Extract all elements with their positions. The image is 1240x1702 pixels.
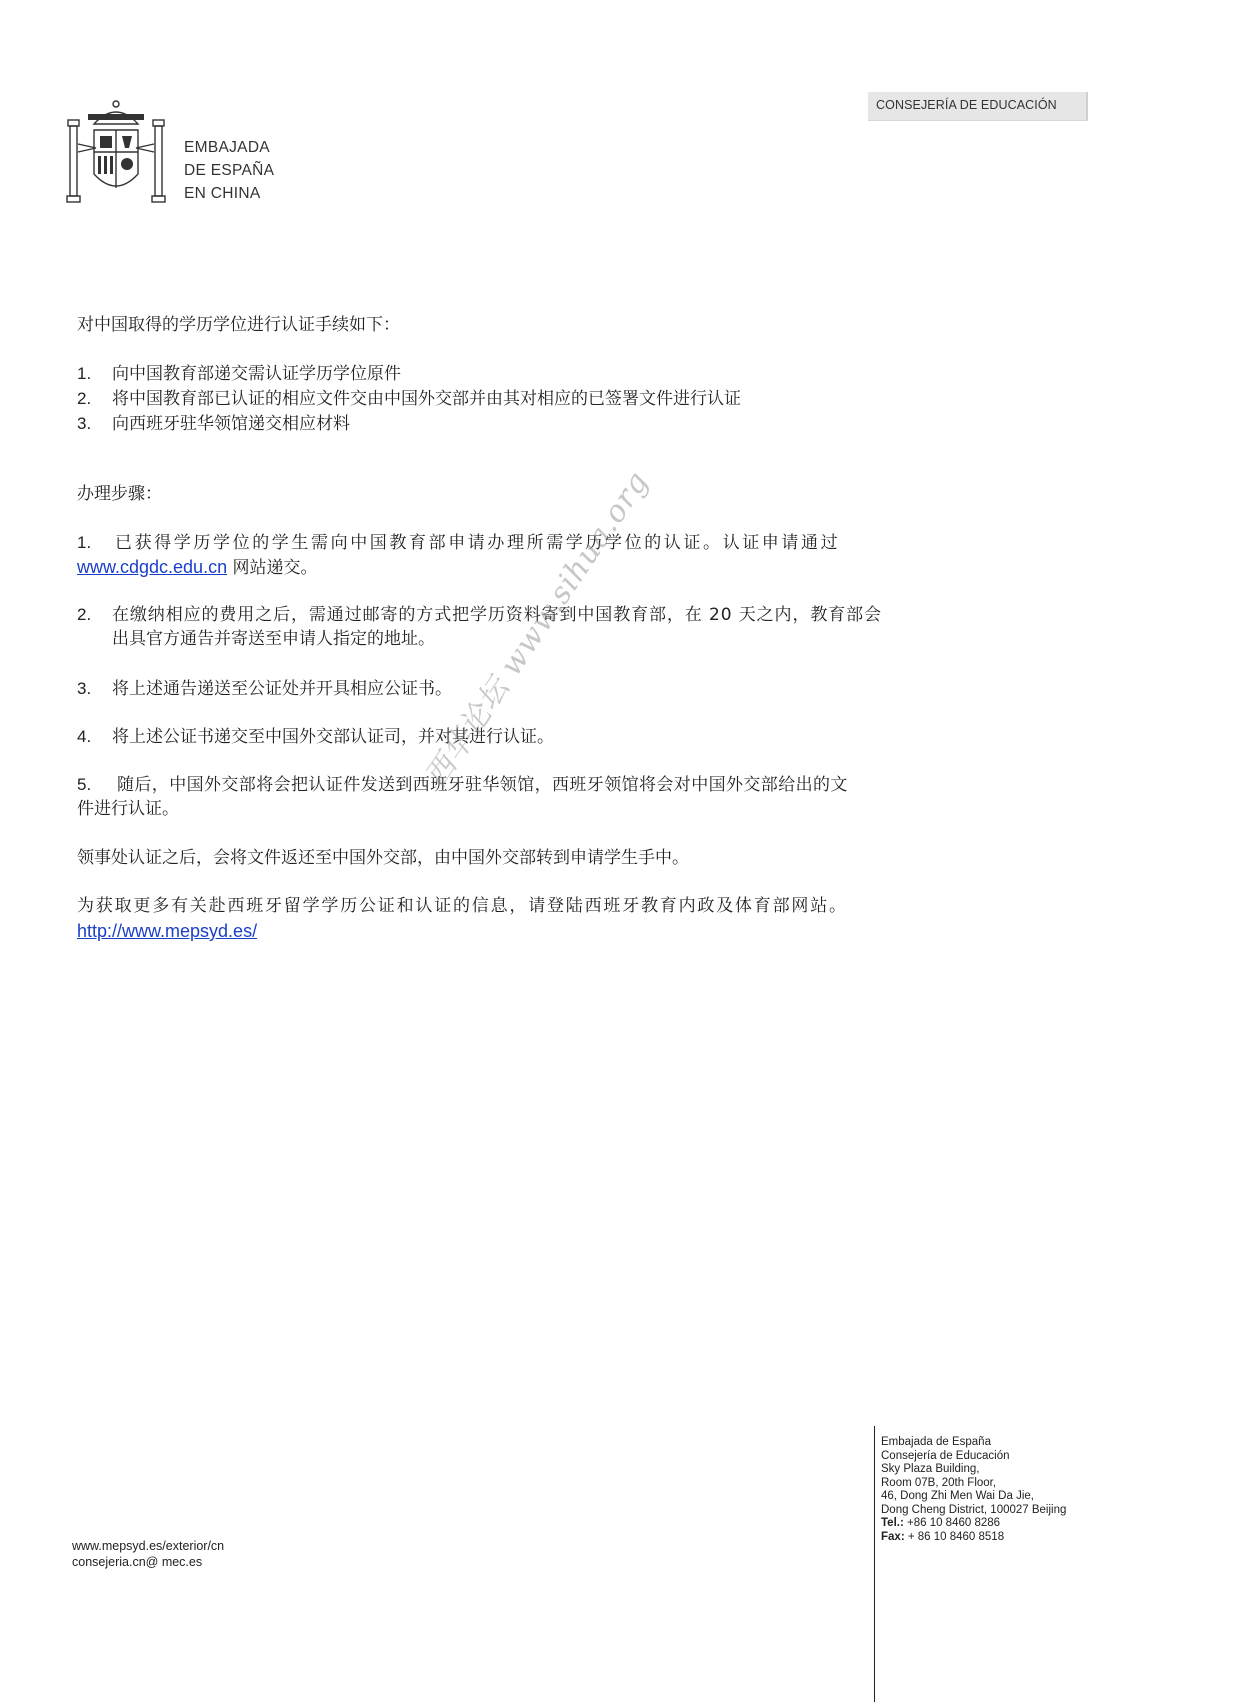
intro-title: 对中国取得的学历学位进行认证手续如下： [77, 313, 400, 338]
closing-paragraph-2: 为获取更多有关赴西班牙留学学历公证和认证的信息，请登陆西班牙教育内政及体育部网站… [77, 894, 848, 919]
cdgdc-link[interactable]: www.cdgdc.edu.cn [77, 557, 227, 577]
department-label: CONSEJERÍA DE EDUCACIÓN [876, 98, 1057, 112]
intro-item-3: 3.向西班牙驻华领馆递交相应材料 [77, 411, 350, 437]
closing-link-line: http://www.mepsyd.es/ [77, 919, 257, 945]
address-line-1: Embajada de España [881, 1436, 1066, 1450]
intro-item-text: 向中国教育部递交需认证学历学位原件 [112, 364, 401, 384]
intro-item-number: 3. [77, 411, 112, 436]
step-2-line-1: 2.在缴纳相应的费用之后，需通过邮寄的方式把学历资料寄到中国教育部，在 20 天… [77, 602, 882, 628]
step-text: 已获得学历学位的学生需向中国教育部申请办理所需学历学位的认证。认证申请通过 [115, 533, 840, 553]
intro-item-text: 向西班牙驻华领馆递交相应材料 [112, 414, 350, 434]
address-line-4: Room 07B, 20th Floor, [881, 1477, 1066, 1491]
closing-paragraph-1: 领事处认证之后，会将文件返还至中国外交部，由中国外交部转到申请学生手中。 [77, 846, 689, 871]
address-line-3: Sky Plaza Building, [881, 1463, 1066, 1477]
intro-item-1: 1.向中国教育部递交需认证学历学位原件 [77, 361, 401, 387]
footer-website[interactable]: www.mepsyd.es/exterior/cn [72, 1538, 224, 1554]
footer-address: Embajada de España Consejería de Educaci… [881, 1436, 1066, 1544]
fax-number: + 86 10 8460 8518 [905, 1531, 1004, 1543]
step-number: 2. [77, 602, 112, 627]
mepsyd-link[interactable]: http://www.mepsyd.es/ [77, 921, 257, 941]
step-text: 将上述通告递送至公证处并开具相应公证书。 [112, 679, 452, 699]
embassy-line-1: EMBAJADA [184, 136, 274, 159]
step-number: 4. [77, 724, 112, 749]
phone-number: +86 10 8460 8286 [904, 1517, 1000, 1529]
fax-line: Fax: + 86 10 8460 8518 [881, 1531, 1066, 1545]
address-line-5: 46, Dong Zhi Men Wai Da Jie, [881, 1490, 1066, 1504]
fax-label: Fax: [881, 1531, 905, 1543]
intro-item-number: 2. [77, 386, 112, 411]
step-text: 随后，中国外交部将会把认证件发送到西班牙驻华领馆，西班牙领馆将会对中国外交部给出… [117, 775, 848, 795]
step-2-line-2: 出具官方通告并寄送至申请人指定的地址。 [112, 627, 435, 652]
embassy-line-3: EN CHINA [184, 182, 274, 205]
department-tab: CONSEJERÍA DE EDUCACIÓN [868, 92, 1088, 121]
address-line-2: Consejería de Educación [881, 1450, 1066, 1464]
footer-email[interactable]: consejeria.cn@ mec.es [72, 1554, 224, 1570]
step-3: 3.将上述通告递送至公证处并开具相应公证书。 [77, 676, 452, 702]
footer-divider [874, 1426, 875, 1702]
embassy-name: EMBAJADA DE ESPAÑA EN CHINA [184, 136, 274, 205]
steps-title: 办理步骤： [77, 482, 162, 507]
address-line-6: Dong Cheng District, 100027 Beijing [881, 1504, 1066, 1518]
step-1-line-2: www.cdgdc.edu.cn 网站递交。 [77, 555, 318, 581]
step-text: 在缴纳相应的费用之后，需通过邮寄的方式把学历资料寄到中国教育部，在 20 天之内… [112, 605, 882, 625]
spain-coat-of-arms-icon [66, 96, 166, 206]
intro-item-number: 1. [77, 361, 112, 386]
step-number: 5. [77, 772, 117, 797]
phone-line: Tel.: +86 10 8460 8286 [881, 1517, 1066, 1531]
step-5-line-2: 件进行认证。 [77, 797, 179, 822]
step-text: 网站递交。 [227, 558, 317, 578]
embassy-line-2: DE ESPAÑA [184, 159, 274, 182]
step-5-line-1: 5.随后，中国外交部将会把认证件发送到西班牙驻华领馆，西班牙领馆将会对中国外交部… [77, 772, 848, 798]
step-1-line-1: 1.已获得学历学位的学生需向中国教育部申请办理所需学历学位的认证。认证申请通过 [77, 530, 840, 556]
intro-item-text: 将中国教育部已认证的相应文件交由中国外交部并由其对相应的已签署文件进行认证 [112, 389, 741, 409]
step-number: 3. [77, 676, 112, 701]
step-number: 1. [77, 530, 115, 555]
intro-item-2: 2.将中国教育部已认证的相应文件交由中国外交部并由其对相应的已签署文件进行认证 [77, 386, 741, 412]
phone-label: Tel.: [881, 1517, 904, 1529]
footer-contact-web: www.mepsyd.es/exterior/cn consejeria.cn@… [72, 1538, 224, 1570]
